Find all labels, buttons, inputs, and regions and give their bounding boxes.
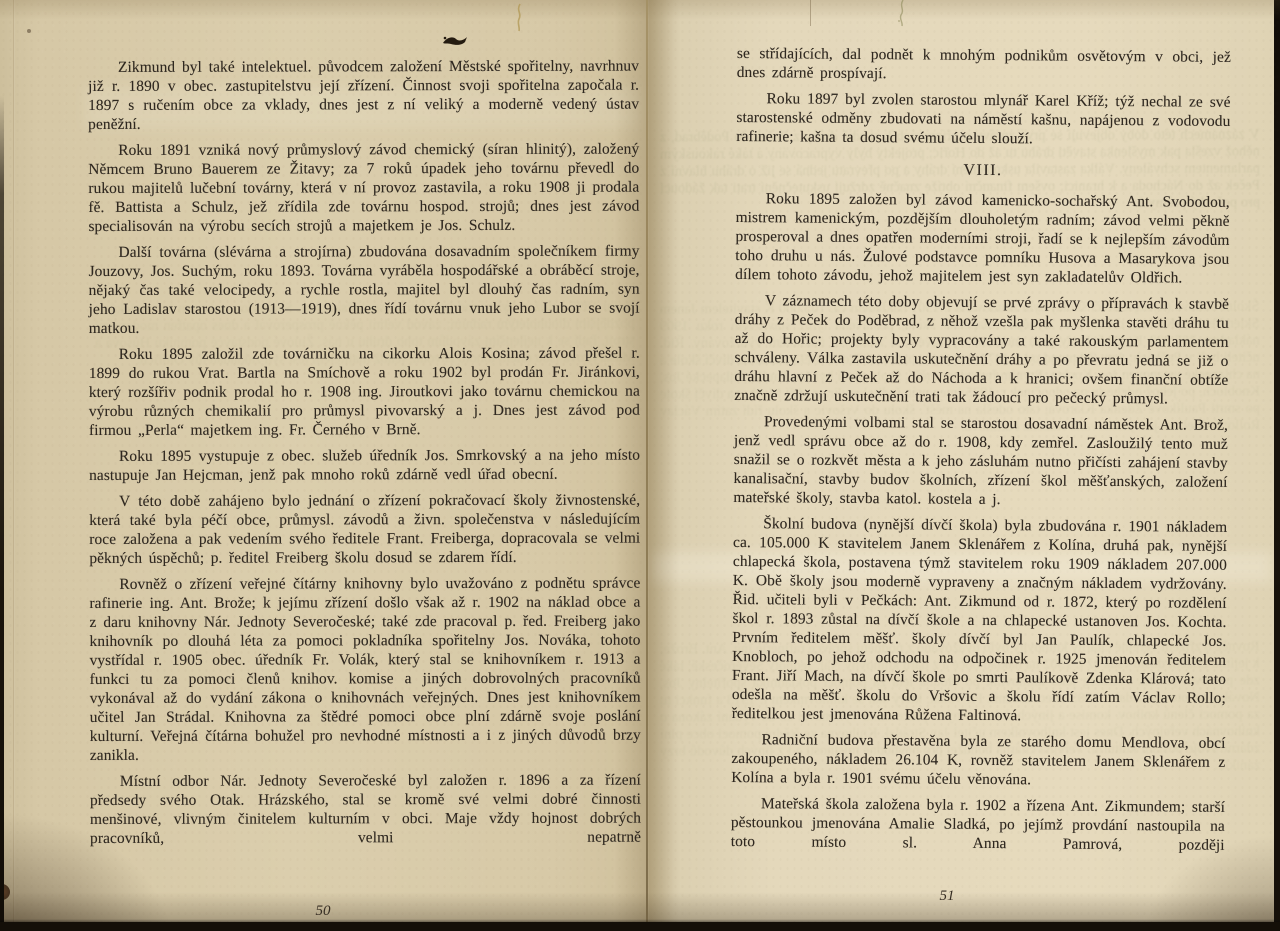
paragraph: V této době zahájeno bylo jednání o zříz…: [89, 491, 640, 568]
paragraph: V záznamech této doby objevují se prvé z…: [734, 291, 1229, 409]
paragraph: Mateřská škola založena byla r. 1902 a ř…: [731, 794, 1225, 855]
page-number-left: 50: [88, 903, 558, 920]
paragraph: Roku 1895 založen byl závod kamenicko-so…: [735, 189, 1230, 288]
paragraph: se střídajících, dal podnět k mnohým pod…: [737, 44, 1231, 86]
paragraph: Roku 1895 založil zde továrničku na ciko…: [89, 344, 640, 440]
paper-crease: [13, 0, 15, 922]
binding-gutter: [646, 0, 648, 922]
gutter-shadow-right: [648, 0, 680, 922]
paragraph: Zikmund byl také intelektuel. původcem z…: [88, 57, 639, 134]
paragraph: Školní budova (nynější dívčí škola) byla…: [732, 514, 1228, 727]
paragraph: Místní odbor Nár. Jednoty Severočeské by…: [90, 771, 641, 848]
book-edge-bottom: [0, 922, 1280, 931]
paragraph: Provedenými volbami stal se starostou do…: [733, 412, 1228, 511]
right-page-text-column: se střídajících, dal podnět k mnohým pod…: [731, 44, 1231, 862]
section-heading: VIII.: [736, 159, 1230, 182]
book-edge-right: [1274, 0, 1280, 931]
book-scan-spread: V záznamech této doby objevují se prvé z…: [0, 0, 1280, 931]
page-number-right: 51: [737, 888, 1157, 905]
book-edge-left: [0, 95, 4, 922]
paragraph: Radniční budova přestavěna byla ze staré…: [731, 730, 1225, 791]
paragraph: Roku 1897 byl zvolen starostou mlynář Ka…: [736, 89, 1230, 150]
paragraph: Roku 1895 vystupuje z obec. služeb úředn…: [89, 446, 640, 485]
paragraph: Roku 1891 vzniká nový průmyslový závod c…: [88, 140, 639, 236]
paragraph: Rovněž o zřízení veřejné čítárny knihovn…: [89, 574, 640, 765]
top-fold-line: [810, 0, 811, 26]
paragraph: Další továrna (slévárna a strojírna) zbu…: [88, 242, 639, 338]
left-page-text-column: Zikmund byl také intelektuel. původcem z…: [88, 57, 641, 855]
